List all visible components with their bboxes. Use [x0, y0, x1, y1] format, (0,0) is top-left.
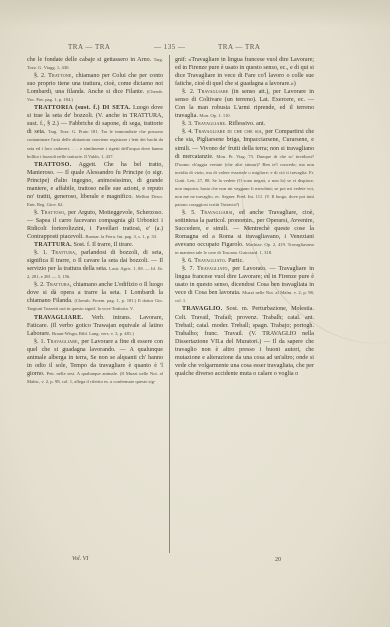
headword: Trattura,	[46, 282, 72, 288]
headword: Travagliato.	[194, 258, 226, 264]
sense-number: §. 2.	[34, 73, 46, 79]
scanned-page: TRA — TRA — 135 — TRA — TRA che le fonda…	[0, 0, 390, 627]
sense-number: §. 2.	[34, 282, 45, 288]
headword: Travagliare di che che sia,	[195, 129, 264, 135]
dictionary-entry: TRAVAGLIO. Sost. m. Perturbazione, Moles…	[175, 305, 314, 377]
definition-text: gnif: «Travagliare in lingua francese vu…	[175, 57, 314, 87]
citation-reference: Petr. nella sest. A qualunque animale. (…	[27, 371, 163, 384]
citation-reference: Targ. Tozz. G. Prato 181. Tra le immondi…	[27, 129, 163, 158]
definition-text: Sost. m. Perturbazione, Molestia. Celt. …	[175, 306, 314, 376]
entry-sense: §. 1. Travagliare, per Lavorare a fine d…	[27, 338, 163, 386]
headword: Trattoso,	[41, 210, 66, 216]
sense-number: §.	[34, 210, 39, 216]
header-left: TRA — TRA	[68, 43, 111, 51]
entry-sense: §. 5. Travagliarsi, ed anche Travagliare…	[175, 209, 314, 257]
definition-text: Sost. f. Il trarre, Il tirare.	[74, 242, 134, 248]
sense-number: §. 7.	[182, 266, 194, 272]
entry-sense: §. Trattoso, per Arguto, Motteggevole, S…	[27, 209, 163, 241]
sense-number: §. 5.	[182, 210, 196, 216]
definition-text: che le fondate delle cabaje si gettasser…	[27, 57, 151, 63]
signature-mark: 20	[275, 557, 281, 563]
citation-reference: Mon. Op. 1. 110.	[199, 113, 230, 118]
definition-text: Partic.	[228, 258, 244, 264]
citation-reference: Braun-Wisgn, Bibl. Lang. vers. v. 3, p. …	[52, 331, 134, 336]
headword: Trattura,	[51, 250, 77, 256]
entry-sense: §. 7. Travagliato, per Lavorato. — Trava…	[175, 265, 314, 305]
headword: Travagliato,	[197, 266, 229, 272]
entry-sense: §. 4. Travagliare di che che sia, per Co…	[175, 128, 314, 208]
headword: Travagliarsi,	[200, 210, 234, 216]
citation-reference: Buonar. la Fiera. Int. pag. 3, s. 1, p. …	[85, 234, 157, 239]
dictionary-entry: TRATTOSO. Aggett. Che ha bel tratto, Man…	[27, 161, 163, 209]
headword: TRAVAGLIO.	[182, 306, 223, 312]
right-column: gnif: «Travagliare in lingua francese vu…	[175, 56, 314, 378]
left-column: che le fondate delle cabaje si gettasser…	[27, 56, 163, 386]
headword: TRATTORIA (sust. f.) DI SETA.	[34, 105, 131, 111]
entry-sense: §. 6. Travagliato. Partic.	[175, 257, 314, 265]
sense-number: §. 2.	[182, 89, 194, 95]
definition-text: Riflessivo. ant.	[228, 121, 265, 127]
continued-text: gnif: «Travagliare in lingua francese vu…	[175, 56, 314, 88]
entry-sense: §. 2. Travagliare (in senso att.), per L…	[175, 88, 314, 120]
header-right: TRA — TRA	[218, 43, 261, 51]
sense-number: §. 3.	[182, 121, 193, 127]
continued-text: che le fondate delle cabaje si gettasser…	[27, 56, 163, 72]
headword: TRAVAGLIARE.	[34, 315, 83, 321]
sense-number: §. 4.	[182, 129, 193, 135]
entry-sense: §. 3. Travagliare. Riflessivo. ant.	[175, 120, 314, 128]
volume-footer: Vol. VI	[72, 556, 88, 562]
headword: TRATTURA.	[34, 242, 72, 248]
column-divider	[169, 55, 170, 553]
dictionary-entry: TRATTORIA (sust. f.) DI SETA. Luogo dove…	[27, 104, 163, 160]
headword: Travagliare.	[194, 121, 227, 127]
headword: Travagliare	[198, 89, 229, 95]
headword: Travagliare,	[47, 339, 80, 345]
dictionary-entry: TRAVAGLIARE. Verb. intrans. Lavorare, Fa…	[27, 314, 163, 338]
dictionary-entry: TRATTURA. Sost. f. Il trarre, Il tirare.	[27, 241, 163, 249]
headword: TRATTOSO.	[34, 162, 72, 168]
entry-sense: §. 1. Trattura, parlandosi di bozzoli, d…	[27, 249, 163, 281]
page-number: — 135 —	[154, 43, 186, 51]
entry-sense: §. 2. Trattura, chiamano anche L'edifizi…	[27, 281, 163, 313]
citation-reference: Mon. Pr. Viag. 73. Dunque di che so' inv…	[175, 154, 314, 207]
sense-number: §. 1.	[34, 339, 45, 345]
running-header: TRA — TRA — 135 — TRA — TRA	[68, 43, 288, 53]
sense-number: §. 1.	[34, 250, 47, 256]
headword: Trattone,	[48, 73, 73, 79]
definition-text: (in senso att.), per Lavorare in senso d…	[175, 89, 314, 119]
page-top-shadow	[0, 0, 390, 28]
sense-number: §. 6.	[182, 258, 193, 264]
entry-sense: §. 2. Trattone, chiamano per Colui che p…	[27, 72, 163, 104]
